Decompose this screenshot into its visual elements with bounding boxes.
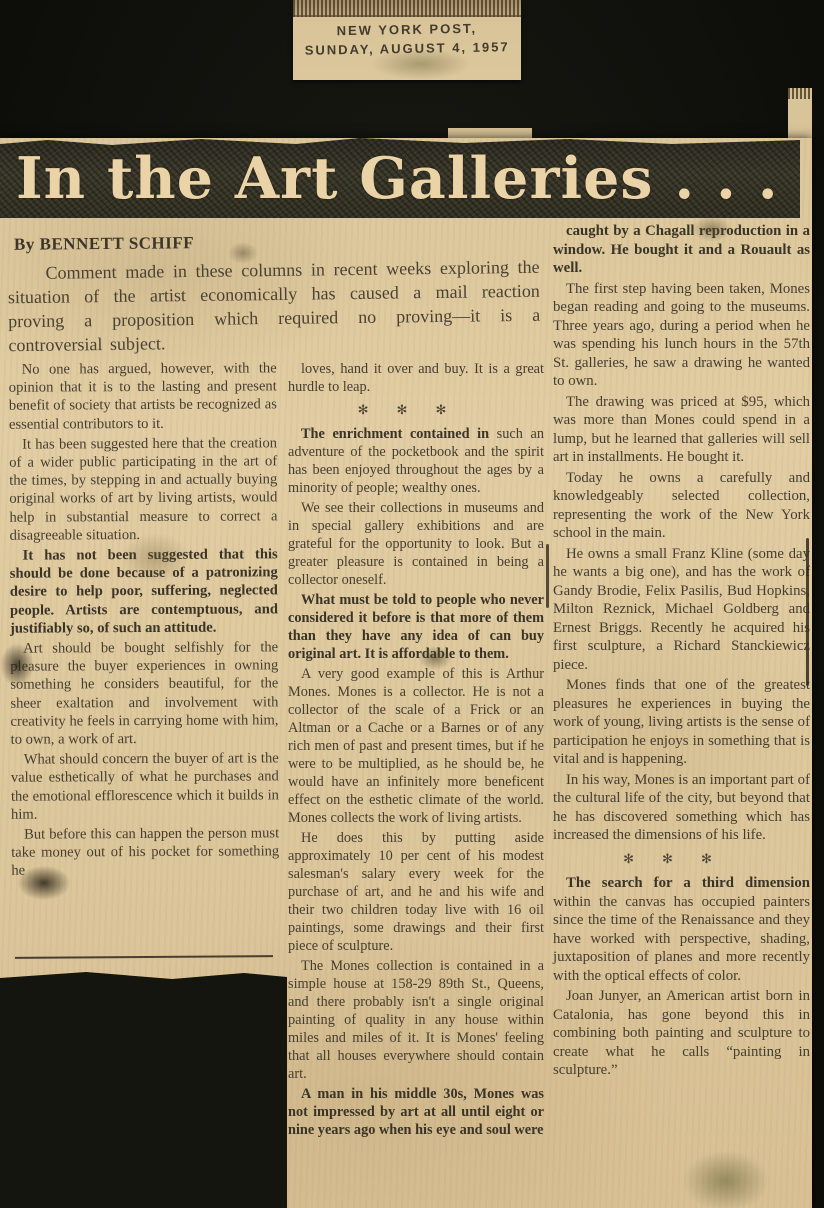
- halftone-border: [788, 88, 812, 99]
- paragraph: Today he owns a carefully and knowledgea…: [553, 469, 810, 543]
- paragraph: We see their collections in museums and …: [288, 499, 544, 589]
- paragraph: In his way, Mones is an important part o…: [553, 771, 810, 845]
- paragraph: What must be told to people who never co…: [288, 591, 544, 663]
- paragraph: A very good example of this is Arthur Mo…: [288, 665, 544, 827]
- paragraph: Mones finds that one of the greatest ple…: [553, 676, 810, 769]
- section-separator: ✻✻✻: [553, 851, 810, 870]
- stain: [682, 1150, 770, 1208]
- paragraph: The search for a third dimension within …: [553, 874, 810, 985]
- paragraph: He owns a small Franz Kline (some day he…: [553, 545, 810, 675]
- paragraph: He does this by putting aside approximat…: [288, 829, 544, 955]
- pen-mark-left: [546, 544, 549, 608]
- column-end-rule: [15, 955, 273, 959]
- torn-edge-background: [0, 970, 287, 1208]
- column-3: caught by a Chagall reproduction in a wi…: [553, 222, 810, 1082]
- stain: [120, 533, 190, 583]
- paragraph: Art should be bought selfishly for the p…: [10, 638, 279, 749]
- paragraph: It has been suggested here that the crea…: [9, 434, 278, 545]
- halftone-border: [293, 0, 521, 17]
- ink-blot: [18, 866, 70, 900]
- stain: [371, 48, 471, 80]
- intro-paragraph: Comment made in these columns in recent …: [7, 255, 540, 357]
- paragraph: The enrichment contained in such an adve…: [288, 425, 544, 497]
- paragraph: loves, hand it over and buy. It is a gre…: [288, 360, 544, 396]
- stain: [418, 646, 452, 670]
- stain: [692, 216, 732, 242]
- pen-mark-right: [806, 538, 809, 686]
- column-1: No one has argued, however, with the opi…: [9, 359, 280, 882]
- ink-blot: [0, 643, 34, 687]
- paragraph: caught by a Chagall reproduction in a wi…: [553, 222, 810, 278]
- page-background: { "masthead": { "line1": "NEW YORK POST,…: [0, 0, 824, 1208]
- paragraph: What should concern the buyer of art is …: [11, 750, 279, 824]
- paragraph: The first step having been taken, Mones …: [553, 280, 810, 391]
- paragraph: A man in his middle 30s, Mones was not i…: [288, 1085, 544, 1139]
- paragraph: No one has argued, however, with the opi…: [9, 359, 277, 433]
- paragraph: Joan Junyer, an American artist born in …: [553, 987, 810, 1080]
- newspaper-clipping: In the Art Galleries . . . By BENNETT SC…: [0, 138, 812, 1208]
- paragraph: The Mones collection is contained in a s…: [288, 957, 544, 1083]
- page-title: In the Art Galleries . . .: [16, 142, 800, 216]
- masthead-clipping: NEW YORK POST, SUNDAY, AUGUST 4, 1957: [293, 0, 521, 80]
- stain: [228, 242, 258, 264]
- paragraph: The drawing was priced at $95, which was…: [553, 393, 810, 467]
- column-2: loves, hand it over and buy. It is a gre…: [288, 360, 544, 1141]
- byline: By BENNETT SCHIFF: [14, 233, 194, 255]
- section-separator: ✻✻✻: [288, 402, 544, 420]
